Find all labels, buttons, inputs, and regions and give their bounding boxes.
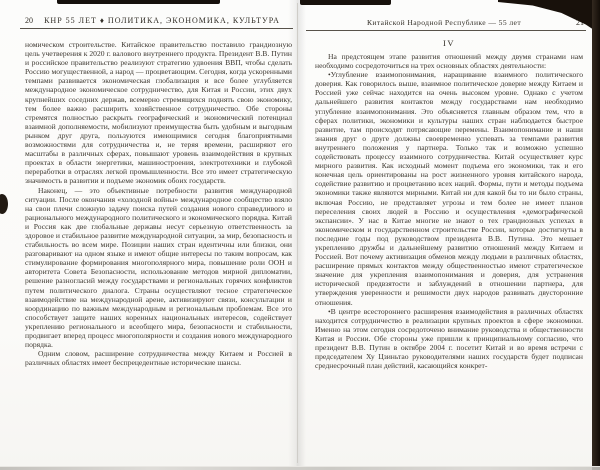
paragraph: номическом строительстве. Китайское прав… [25,40,292,186]
book-top-edge-shadow-left [57,0,220,4]
right-header-rule [306,30,586,31]
paragraph: Одним словом, расширение сотрудничества … [25,349,292,367]
paragraph: На предстоящем этапе развития отношений … [315,52,583,70]
right-running-title: Китайской Народной Республике — 55 лет [312,18,576,27]
paragraph: Наконец, — это объективные потребности р… [25,186,292,350]
left-page-number: 20 [25,16,33,25]
paragraph: •В центре всестороннего расширения взаим… [315,307,583,371]
right-page-text: На предстоящем этапе развития отношений … [315,52,583,427]
book-scan: { "left_page": { "page_number": "20", "r… [0,0,600,470]
left-running-header: 20 КНР 55 ЛЕТ ♦ ПОЛИТИКА, ЭКОНОМИКА, КУЛ… [25,16,291,25]
left-running-title: КНР 55 ЛЕТ ♦ ПОЛИТИКА, ЭКОНОМИКА, КУЛЬТУ… [33,16,291,25]
section-heading: IV [315,38,583,48]
book-right-edge [592,0,600,470]
book-top-edge-shadow-right [300,0,391,5]
right-running-header: Китайской Народной Республике — 55 лет 2… [312,18,584,27]
page-gutter-line [297,3,298,463]
left-header-rule [20,28,293,29]
paragraph: •Углубление взаимопонимания, наращивание… [315,70,583,306]
left-page-text: номическом строительстве. Китайское прав… [25,40,292,425]
